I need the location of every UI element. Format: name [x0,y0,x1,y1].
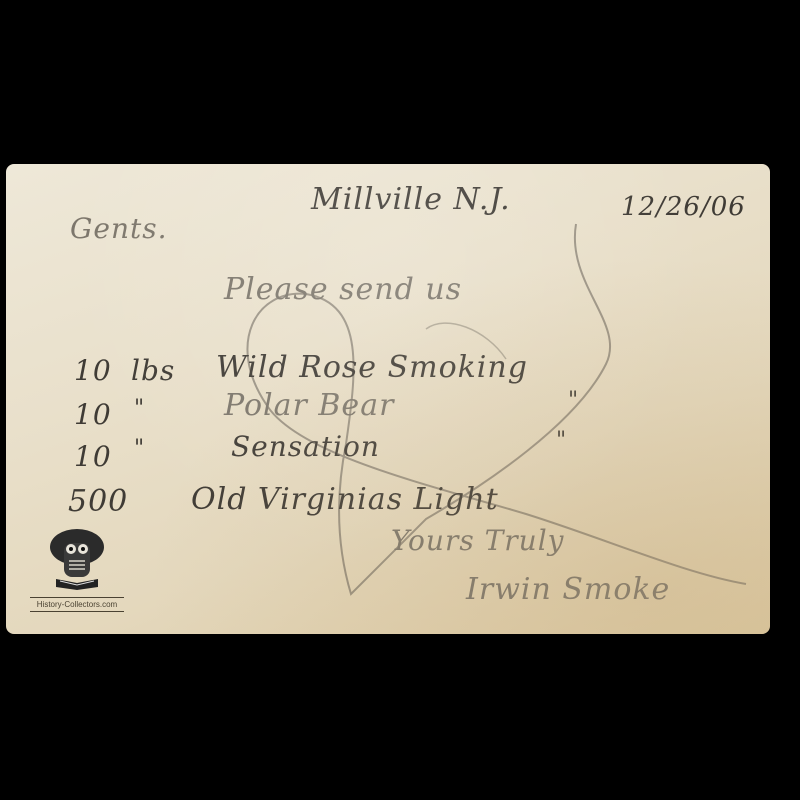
qty: 10 [74,398,112,431]
unit: " [134,436,145,461]
watermark: History-Collectors.com [22,525,132,614]
ditto: " [568,388,579,413]
salutation-text: Gents. [70,212,168,245]
item: Sensation [231,430,380,463]
closing-text: Yours Truly [391,524,564,557]
request-text: Please send us [224,272,462,307]
unit: " [134,396,145,421]
watermark-divider [30,597,124,598]
unit: lbs [131,354,175,387]
qty: 500 [68,484,128,519]
qty: 10 [74,354,112,387]
date-text: 12/26/06 [621,192,746,222]
signature-text: Irwin Smoke [466,572,670,607]
watermark-divider [30,611,124,612]
qty: 10 [74,440,112,473]
watermark-label: History-Collectors.com [22,600,132,609]
owl-on-book-icon [48,525,106,591]
ditto: " [556,428,567,453]
item: Old Virginias Light [191,482,499,517]
place-text: Millville N.J. [311,182,511,217]
item: Wild Rose Smoking [216,350,528,385]
item: Polar Bear [224,388,394,423]
